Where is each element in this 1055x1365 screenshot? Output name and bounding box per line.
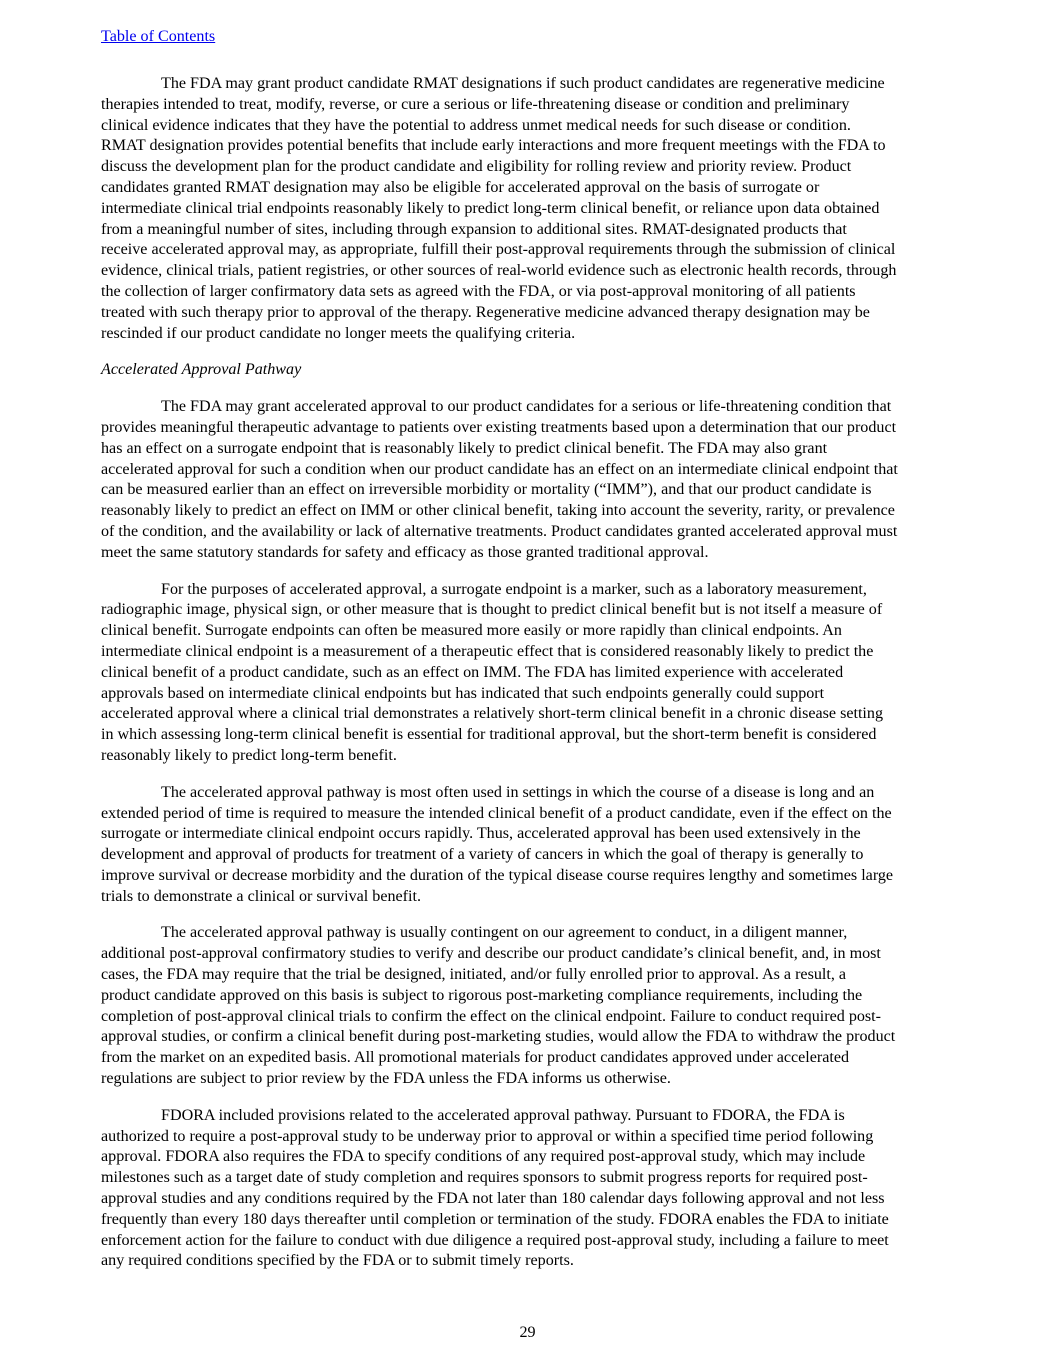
text-line: approval studies, or confirm a clinical … [101,1027,961,1048]
text-line: receive accelerated approval may, as app… [101,240,961,261]
text-line: trials to demonstrate a clinical or surv… [101,887,961,908]
text-line: regulations are subject to prior review … [101,1069,961,1090]
text-line: the collection of larger confirmatory da… [101,282,961,303]
text-line: extended period of time is required to m… [101,804,961,825]
text-line: For the purposes of accelerated approval… [101,580,961,601]
text-line: approvals based on intermediate clinical… [101,684,961,705]
text-line: from the market on an expedited basis. A… [101,1048,961,1069]
text-line: intermediate clinical endpoint is a meas… [101,642,961,663]
text-line: radiographic image, physical sign, or ot… [101,600,961,621]
text-line: candidates granted RMAT designation may … [101,178,961,199]
text-line: intermediate clinical trial endpoints re… [101,199,961,220]
text-line: The accelerated approval pathway is most… [101,783,961,804]
document-body: The FDA may grant product candidate RMAT… [101,74,961,1288]
text-line: product candidate approved on this basis… [101,986,961,1007]
text-line: additional post-approval confirmatory st… [101,944,961,965]
text-line: meet the same statutory standards for sa… [101,543,961,564]
text-line: clinical benefit. Surrogate endpoints ca… [101,621,961,642]
text-line: provides meaningful therapeutic advantag… [101,418,961,439]
text-line: clinical evidence indicates that they ha… [101,116,961,137]
text-line: evidence, clinical trials, patient regis… [101,261,961,282]
paragraph-confirmatory-studies: The accelerated approval pathway is usua… [101,923,961,1089]
paragraph-fdora-provisions: FDORA included provisions related to the… [101,1106,961,1272]
text-line: rescinded if our product candidate no lo… [101,324,961,345]
text-line: development and approval of products for… [101,845,961,866]
text-line: therapies intended to treat, modify, rev… [101,95,961,116]
paragraph-surrogate-endpoint: For the purposes of accelerated approval… [101,580,961,767]
text-line: of the condition, and the availability o… [101,522,961,543]
text-line: accelerated approval for such a conditio… [101,460,961,481]
text-line: accelerated approval where a clinical tr… [101,704,961,725]
page-number: 29 [0,1323,1055,1343]
text-line: reasonably likely to predict an effect o… [101,501,961,522]
text-line: frequently than every 180 days thereafte… [101,1210,961,1231]
text-line: The accelerated approval pathway is usua… [101,923,961,944]
text-line: completion of post-approval clinical tri… [101,1007,961,1028]
text-line: reasonably likely to predict long-term b… [101,746,961,767]
paragraph-pathway-settings: The accelerated approval pathway is most… [101,783,961,908]
text-line: clinical benefit of a product candidate,… [101,663,961,684]
text-line: The FDA may grant accelerated approval t… [101,397,961,418]
text-line: has an effect on a surrogate endpoint th… [101,439,961,460]
text-line: authorized to require a post-approval st… [101,1127,961,1148]
text-line: RMAT designation provides potential bene… [101,136,961,157]
text-line: improve survival or decrease morbidity a… [101,866,961,887]
section-heading-accelerated-approval: Accelerated Approval Pathway [101,360,961,381]
text-line: approval. FDORA also requires the FDA to… [101,1147,961,1168]
text-line: from a meaningful number of sites, inclu… [101,220,961,241]
text-line: any required conditions specified by the… [101,1251,961,1272]
paragraph-rmat-designation: The FDA may grant product candidate RMAT… [101,74,961,344]
text-line: discuss the development plan for the pro… [101,157,961,178]
text-line: in which assessing long-term clinical be… [101,725,961,746]
text-line: enforcement action for the failure to co… [101,1231,961,1252]
table-of-contents-link[interactable]: Table of Contents [101,27,215,47]
text-line: surrogate or intermediate clinical endpo… [101,824,961,845]
paragraph-accelerated-approval-intro: The FDA may grant accelerated approval t… [101,397,961,563]
text-line: can be measured earlier than an effect o… [101,480,961,501]
text-line: approval studies and any conditions requ… [101,1189,961,1210]
text-line: cases, the FDA may require that the tria… [101,965,961,986]
text-line: FDORA included provisions related to the… [101,1106,961,1127]
text-line: treated with such therapy prior to appro… [101,303,961,324]
text-line: The FDA may grant product candidate RMAT… [101,74,961,95]
text-line: milestones such as a target date of stud… [101,1168,961,1189]
